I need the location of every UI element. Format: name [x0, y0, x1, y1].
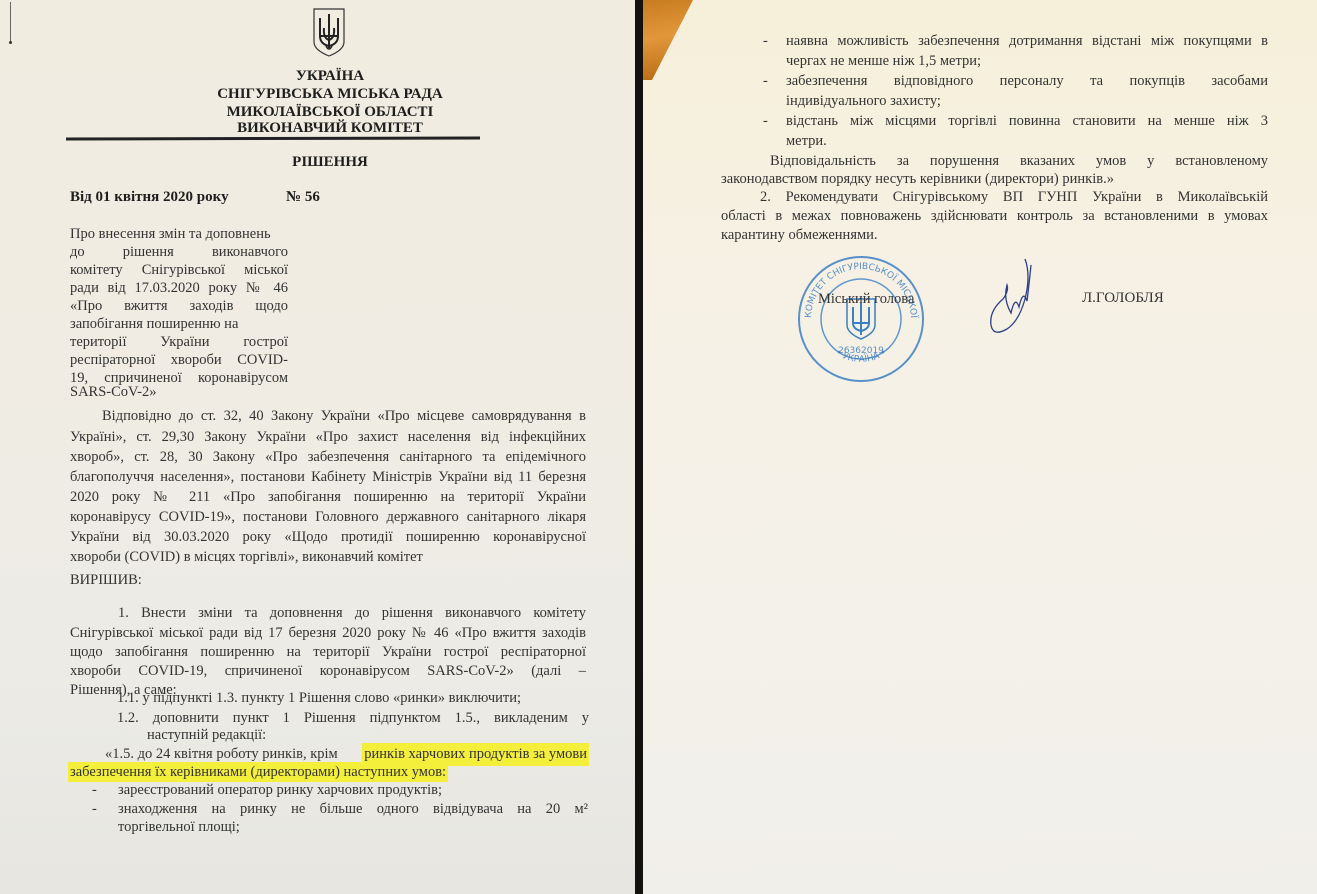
- condition-item: метри.: [786, 132, 827, 151]
- responsibility-line: законодавством порядку несуть керівники …: [721, 170, 1114, 189]
- signatory-title: Міський голова: [818, 290, 914, 309]
- doc-type-title: РІШЕННЯ: [60, 153, 600, 171]
- preamble-line: 2020 року № 211 «Про запобігання поширен…: [70, 488, 586, 507]
- preamble-line: коронавірусу COVID-19», постанови Головн…: [70, 508, 586, 527]
- condition-item: забезпечення відповідного персоналу та п…: [786, 72, 1268, 91]
- svg-text:26362019: 26362019: [838, 346, 884, 356]
- condition-item: зареєстрований оператор ринку харчових п…: [118, 781, 442, 800]
- header-country: УКРАЇНА: [60, 67, 600, 85]
- preamble-line: Україні», ст. 29,30 Закону України «Про …: [70, 428, 586, 447]
- subject-line: комітету Снігурівської міської: [70, 261, 288, 280]
- responsibility-line: Відповідальність за порушення вказаних у…: [770, 152, 1268, 171]
- decision-number: № 56: [286, 188, 320, 207]
- handwritten-signature-icon: [985, 255, 1045, 345]
- item-line: щодо запобігання поширенню на території …: [70, 643, 586, 662]
- item-line: 1. Внести зміни та доповнення до рішення…: [118, 604, 586, 623]
- header-divider: [66, 136, 480, 140]
- preamble-line: хвороби (COVID) в місцях торгівлі», вико…: [70, 548, 423, 567]
- condition-item: наявна можливість забезпечення дотриманн…: [786, 32, 1268, 51]
- document-page-1: УКРАЇНА СНІГУРІВСЬКА МІСЬКА РАДА МИКОЛАЇ…: [0, 0, 635, 894]
- condition-item: чергах не менше ніж 1,5 метри;: [786, 52, 981, 71]
- subject-line: до рішення виконавчого: [70, 243, 288, 262]
- condition-item: знаходження на ринку не більше одного ві…: [118, 800, 588, 819]
- resolved-heading: ВИРІШИВ:: [70, 571, 142, 590]
- subject-line: ради від 17.03.2020 року № 46: [70, 279, 288, 298]
- subject-line: запобігання поширенню на: [70, 315, 238, 334]
- subject-line: Про внесення змін та доповнень: [70, 225, 271, 244]
- highlighted-text: ринків харчових продуктів за умови: [364, 745, 587, 764]
- tryzub-coat-of-arms-icon: [311, 6, 347, 58]
- staple-mark: [10, 2, 13, 42]
- subject-line: «Про вжиття заходів щодо: [70, 297, 288, 316]
- preamble-line: України від 30.03.2020 року «Щодо протид…: [70, 528, 586, 547]
- preamble-line: хвороб», ст. 28, 30 Закону «Про забезпеч…: [70, 448, 586, 467]
- condition-item: індивідуального захисту;: [786, 92, 941, 111]
- item-1-1: 1.1. у підпункті 1.3. пункту 1 Рішення с…: [117, 689, 521, 708]
- item-1-2-line: наступній редакції:: [147, 726, 266, 745]
- preamble-line: Відповідно до ст. 32, 40 Закону України …: [102, 407, 586, 426]
- document-page-2: - наявна можливість забезпечення дотрима…: [643, 0, 1317, 894]
- item-line: хвороби COVID-19, спричиненої коронавіру…: [70, 662, 586, 681]
- item-2-line: області в межах повноважень здійснювати …: [721, 207, 1268, 226]
- subject-line: території України гострої: [70, 333, 288, 352]
- header-council: СНІГУРІВСЬКА МІСЬКА РАДА: [60, 85, 600, 103]
- item-2-line: 2. Рекомендувати Снігурівському ВП ГУНП …: [760, 188, 1268, 207]
- highlighted-text: забезпечення їх керівниками (директорами…: [70, 764, 446, 780]
- decision-date: Від 01 квітня 2020 року: [70, 188, 229, 207]
- page-gap: [635, 0, 643, 894]
- header-body: ВИКОНАВЧИЙ КОМІТЕТ: [60, 119, 600, 137]
- condition-item: торгівельної площі;: [118, 818, 240, 837]
- official-stamp-icon: КОМІТЕТ СНІГУРІВСЬКОЇ МІСЬКОЇ • УКРАЇНА …: [797, 255, 925, 383]
- item-line: Снігурівської міської ради від 17 березн…: [70, 624, 586, 643]
- subject-line: SARS-CoV-2»: [70, 383, 157, 402]
- subject-line: респіраторної хвороби COVID-: [70, 351, 288, 370]
- condition-item: відстань між місцями торгівлі повинна ст…: [786, 112, 1268, 131]
- signatory-name: Л.ГОЛОБЛЯ: [1082, 289, 1164, 308]
- preamble-line: благополуччя населення», постанови Кабін…: [70, 468, 586, 487]
- item-1-5-text: «1.5. до 24 квітня роботу ринків, крім: [105, 745, 338, 764]
- item-2-line: карантину обмеженнями.: [721, 226, 878, 245]
